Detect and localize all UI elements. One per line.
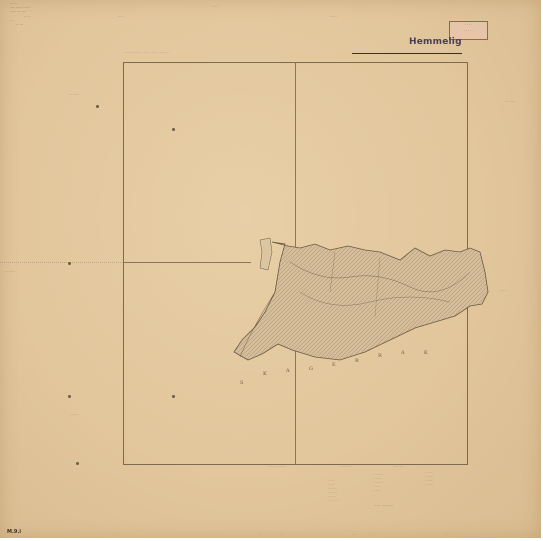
sea-lettering: R: [355, 358, 359, 364]
bottom-tick-label: ···: [280, 532, 283, 536]
top-margin-label: ·····: [212, 5, 218, 9]
note-line: ··· ··: [24, 15, 30, 19]
frame-footer-text: ····· ···: [393, 465, 403, 469]
bottom-tick-label: ···: [446, 532, 449, 536]
frame-header: ········ ······ · ······ ···· ······· ··…: [124, 51, 170, 55]
legend-item: ·· ·········: [328, 498, 339, 502]
grid-cross: [68, 395, 71, 398]
scale-bar: [352, 53, 462, 54]
sea-lettering: S: [240, 380, 243, 386]
frame-footer-text: ······ ···: [340, 465, 351, 469]
right-margin-label: ······: [500, 289, 507, 293]
grid-line-extension: [0, 262, 123, 263]
sea-lettering: E: [332, 362, 336, 368]
bottom-tick-label: ···: [352, 532, 355, 536]
grid-cross: [76, 462, 79, 465]
legend-item: ·· ·····: [373, 488, 383, 492]
top-left-notes: ··· ··· ····· ······ ······· ······ ··· …: [10, 2, 30, 27]
note-line: ··· ···: [16, 23, 30, 27]
stamp-line: · · · · ·: [450, 28, 487, 34]
sheet-id: M.9.i: [7, 529, 21, 535]
left-margin-label: ·······: [70, 413, 78, 417]
legend-caption: ····· ·········: [374, 504, 393, 508]
sea-lettering: A: [286, 368, 290, 374]
legend-column: ·· ········ ·· ······· ·· ········ ·· ··…: [373, 472, 383, 492]
grid-cross: [172, 395, 175, 398]
frame-footer-text: ······ ··· ·····: [268, 465, 286, 469]
left-margin-label: ·········: [5, 270, 15, 274]
left-margin-label: ··········: [68, 93, 79, 97]
map-sheet: ··· ··· ····· ······ ······· ······ ··· …: [0, 0, 541, 538]
legend-column: ·· ······ ·· ······ ·· ······ ·· ······: [425, 470, 433, 486]
bottom-tick-label: ·: [70, 530, 71, 534]
grid-cross: [172, 128, 175, 131]
classification-label: Hemmelig: [409, 37, 462, 47]
top-margin-label: ······: [330, 15, 337, 19]
sea-lettering: K: [263, 371, 267, 377]
grid-cross: [96, 105, 99, 108]
top-margin-label: ·····: [118, 15, 124, 19]
grid-cross: [68, 262, 71, 265]
sea-lettering: K: [424, 350, 428, 356]
bottom-tick-label: ···: [258, 532, 261, 536]
legend-item: ·· ······: [425, 482, 433, 486]
right-margin-label: ·········: [505, 100, 515, 104]
legend-column: ·· ···· ·· ···· ·· ······· ·· ······· ··…: [328, 478, 339, 502]
sea-lettering: G: [309, 366, 313, 372]
sea-lettering: R: [378, 353, 382, 359]
bottom-tick-label: ·: [163, 530, 164, 534]
sea-lettering: A: [401, 350, 405, 356]
island-landmass: [230, 232, 500, 367]
